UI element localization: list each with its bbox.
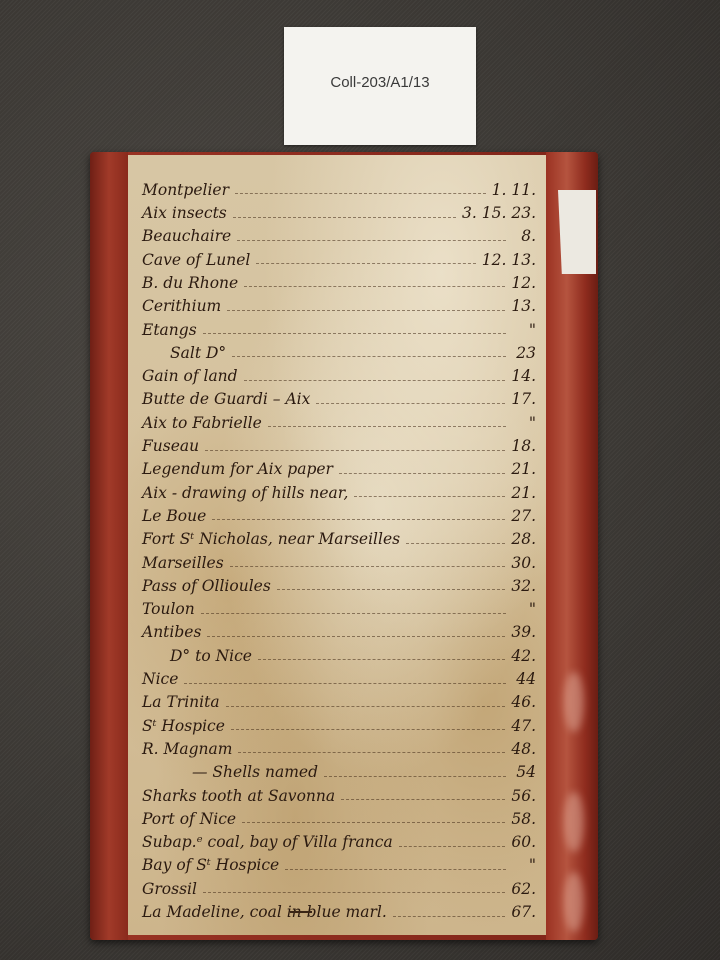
index-entry: Nice44 [142,664,536,687]
dotted-leader [341,799,505,800]
index-entry: Port of Nice58. [142,804,536,827]
entry-title: Bay of Sᵗ Hospice [142,858,285,874]
dotted-leader [201,613,506,614]
entry-page-numbers: " [512,416,536,432]
entry-title: Toulon [142,602,201,618]
entry-page-numbers: 54 [512,765,536,781]
index-entry: Le Boue27. [142,501,536,524]
index-entry: Aix to Fabrielle" [142,408,536,431]
entry-title: B. du Rhone [142,276,244,292]
index-entry: — Shells named54 [142,757,536,780]
entry-page-numbers: 18. [511,439,536,455]
entry-page-numbers: 3. 15. 23. [462,206,536,222]
index-entry: Pass of Ollioules32. [142,571,536,594]
dotted-leader [285,869,506,870]
dotted-leader [277,589,506,590]
dotted-leader [230,566,506,567]
leather-highlight [564,872,584,932]
entry-page-numbers: 32. [511,579,536,595]
entry-title: Grossil [142,882,203,898]
entry-title: — Shells named [142,765,324,781]
entry-title: Legendum for Aix paper [142,462,339,478]
index-entry: Etangs" [142,315,536,338]
dotted-leader [184,683,506,684]
entry-title: Cerithium [142,299,227,315]
leather-highlight [564,672,584,732]
index-entry: B. du Rhone12. [142,268,536,291]
dotted-leader [406,543,505,544]
index-entry: La Madeline, coal in blue marl.67. [142,897,536,920]
dotted-leader [244,286,505,287]
index-page: Montpelier1. 11.Aix insects3. 15. 23.Bea… [128,155,546,935]
index-entry: Salt D°23 [142,338,536,361]
index-entry: Aix insects3. 15. 23. [142,198,536,221]
dotted-leader [324,776,506,777]
entry-title: Port of Nice [142,812,242,828]
index-entry: Aix - drawing of hills near,21. [142,478,536,501]
entry-page-numbers: " [512,602,536,618]
end-mark [290,911,312,913]
entry-page-numbers: 48. [511,742,536,758]
entry-page-numbers: 47. [511,719,536,735]
entry-page-numbers: 12. 13. [482,253,536,269]
index-entry: D° to Nice42. [142,641,536,664]
spine-paper-label [558,190,596,274]
index-entry: Sharks tooth at Savonna56. [142,781,536,804]
index-entry: La Trinita46. [142,688,536,711]
entry-title: Sharks tooth at Savonna [142,789,341,805]
dotted-leader [237,240,506,241]
entry-title: Marseilles [142,556,230,572]
index-entry: Cave of Lunel12. 13. [142,245,536,268]
entry-page-numbers: 58. [511,812,536,828]
entry-title: Salt D° [142,346,232,362]
entry-title: Etangs [142,323,203,339]
entry-page-numbers: 67. [511,905,536,921]
entry-title: Beauchaire [142,229,237,245]
index-entry: Fort Sᵗ Nicholas, near Marseilles28. [142,524,536,547]
dotted-leader [393,916,506,917]
leather-highlight [564,792,584,852]
dotted-leader [207,636,505,637]
dotted-leader [233,217,456,218]
index-entry: Montpelier1. 11. [142,175,536,198]
entry-title: D° to Nice [142,649,258,665]
entry-page-numbers: 21. [511,462,536,478]
entry-title: Aix to Fabrielle [142,416,268,432]
index-entry: R. Magnam48. [142,734,536,757]
dotted-leader [205,450,505,451]
entry-title: Nice [142,672,184,688]
dotted-leader [227,310,505,311]
index-entry: Fuseau18. [142,431,536,454]
dotted-leader [354,496,505,497]
entry-page-numbers: 1. 11. [492,183,536,199]
entry-page-numbers: 17. [511,392,536,408]
index-entries: Montpelier1. 11.Aix insects3. 15. 23.Bea… [142,175,536,921]
entry-page-numbers: 56. [511,789,536,805]
entry-title: La Madeline, coal in blue marl. [142,905,393,921]
entry-page-numbers: 39. [511,625,536,641]
dotted-leader [203,892,505,893]
entry-title: Cave of Lunel [142,253,256,269]
entry-title: Pass of Ollioules [142,579,277,595]
entry-page-numbers: 12. [511,276,536,292]
entry-page-numbers: 23 [512,346,536,362]
entry-page-numbers: 21. [511,486,536,502]
dotted-leader [203,333,506,334]
entry-title: La Trinita [142,695,226,711]
entry-page-numbers: 42. [511,649,536,665]
entry-title: Fuseau [142,439,205,455]
dotted-leader [232,356,506,357]
entry-page-numbers: 14. [511,369,536,385]
entry-title: Le Boue [142,509,212,525]
dotted-leader [242,822,505,823]
dotted-leader [256,263,475,264]
index-entry: Sᵗ Hospice47. [142,711,536,734]
index-entry: Marseilles30. [142,548,536,571]
dotted-leader [212,519,505,520]
index-entry: Butte de Guardi – Aix17. [142,385,536,408]
entry-page-numbers: 62. [511,882,536,898]
index-entry: Antibes39. [142,618,536,641]
entry-title: Montpelier [142,183,235,199]
entry-title: Antibes [142,625,207,641]
leather-binding-right [546,152,598,940]
notebook: Montpelier1. 11.Aix insects3. 15. 23.Bea… [90,152,598,940]
dotted-leader [235,193,486,194]
entry-title: Aix - drawing of hills near, [142,486,354,502]
dotted-leader [258,659,505,660]
index-entry: Gain of land14. [142,361,536,384]
dotted-leader [238,752,505,753]
entry-title: Butte de Guardi – Aix [142,392,316,408]
dotted-leader [244,380,506,381]
entry-page-numbers: 30. [511,556,536,572]
entry-title: Fort Sᵗ Nicholas, near Marseilles [142,532,406,548]
entry-title: Sᵗ Hospice [142,719,231,735]
entry-title: Gain of land [142,369,244,385]
entry-page-numbers: 27. [511,509,536,525]
dotted-leader [316,403,505,404]
dotted-leader [268,426,506,427]
entry-page-numbers: 46. [511,695,536,711]
dotted-leader [399,846,506,847]
index-entry: Legendum for Aix paper21. [142,455,536,478]
entry-page-numbers: 28. [511,532,536,548]
index-entry: Beauchaire8. [142,222,536,245]
index-entry: Toulon" [142,594,536,617]
archive-reference: Coll-203/A1/13 [330,74,429,91]
dotted-leader [339,473,505,474]
entry-page-numbers: " [512,858,536,874]
entry-page-numbers: 13. [511,299,536,315]
entry-title: Subap.ᵉ coal, bay of Villa franca [142,835,399,851]
entry-page-numbers: 44 [512,672,536,688]
index-entry: Grossil62. [142,874,536,897]
entry-page-numbers: " [512,323,536,339]
index-entry: Cerithium13. [142,291,536,314]
archive-label-card: Coll-203/A1/13 [284,27,476,145]
dotted-leader [226,706,506,707]
leather-binding-left [90,152,128,940]
entry-title: Aix insects [142,206,233,222]
index-entry: Subap.ᵉ coal, bay of Villa franca60. [142,827,536,850]
dotted-leader [231,729,505,730]
entry-page-numbers: 8. [512,229,536,245]
entry-page-numbers: 60. [511,835,536,851]
index-entry: Bay of Sᵗ Hospice" [142,851,536,874]
entry-title: R. Magnam [142,742,238,758]
